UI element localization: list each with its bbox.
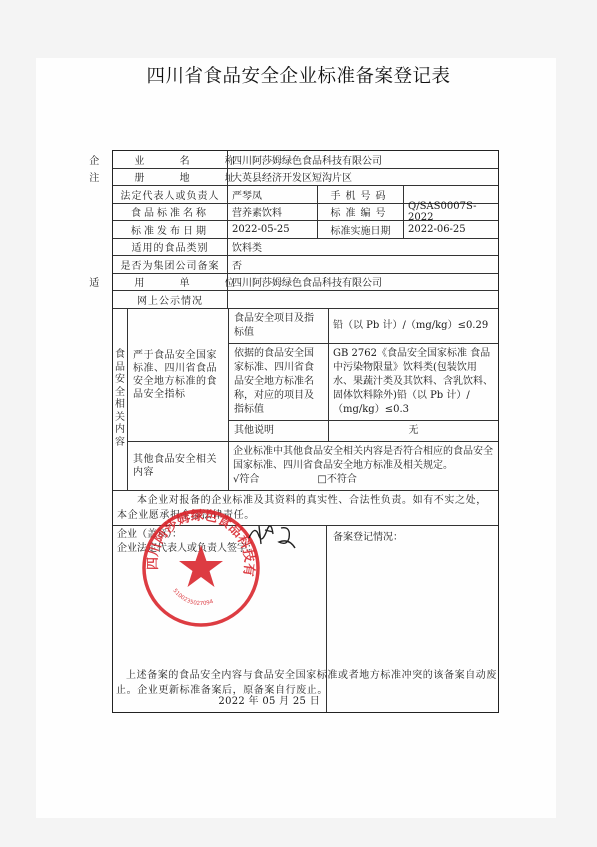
row-food-category: 适用的食品类别 饮料类 [113, 239, 498, 257]
label-address: 注 册 地 址 [113, 169, 227, 186]
row-address: 注 册 地 址 大英县经济开发区短沟片区 [113, 169, 498, 187]
label-safety-item: 食品安全项目及指标值 [229, 309, 329, 343]
label-food-category: 适用的食品类别 [113, 239, 227, 256]
handwritten-signature-icon [245, 520, 305, 550]
vertical-label-char: 容 [115, 437, 125, 450]
label-effective-date: 标准实施日期 [317, 221, 403, 238]
value-standard-name: 营养素饮料 [227, 204, 317, 221]
vertical-label-char: 相 [115, 399, 125, 412]
label-company-name: 企 业 名 称 [113, 151, 227, 168]
label-other-note: 其他说明 [229, 421, 329, 441]
value-other-safety: 企业标准中其他食品安全相关内容是否符合相应的食品安全国家标准、四川省食品安全地方… [233, 445, 494, 473]
value-safety-item: 铅（以 Pb 计）/（mg/kg）≤0.29 [329, 309, 498, 343]
vertical-label-char: 安 [115, 374, 125, 387]
value-applicable-unit: 四川阿莎姆绿色食品科技有限公司 [227, 274, 498, 291]
safety-content-block: 食品安全相关内容 严于食品安全国家标准、四川省食品安全地方标准的食品安全指标 食… [113, 309, 498, 491]
vertical-label-char: 品 [115, 362, 125, 375]
row-standard-name: 食品标准名称 营养素饮料 标准编号 Q/SAS0007S-2022 [113, 204, 498, 222]
row-group-filing: 是否为集团公司备案 否 [113, 256, 498, 274]
other-safety-section: 其他食品安全相关内容 企业标准中其他食品安全相关内容是否符合相应的食品安全国家标… [128, 442, 498, 490]
row-dates: 标准发布日期 2022-05-25 标准实施日期 2022-06-25 [113, 221, 498, 239]
row-online-disclosure: 网上公示情况 [113, 291, 498, 309]
safety-vertical-label: 食品安全相关内容 [113, 309, 128, 490]
value-address: 大英县经济开发区短沟片区 [227, 169, 498, 186]
label-legal-rep: 法定代表人或负责人 [113, 186, 227, 203]
value-company-name: 四川阿莎姆绿色食品科技有限公司 [227, 151, 498, 168]
label-online-disclosure: 网上公示情况 [113, 291, 227, 308]
label-standard-name: 食品标准名称 [113, 204, 227, 221]
vertical-label-char: 内 [115, 424, 125, 437]
label-stricter-indicators: 严于食品安全国家标准、四川省食品安全地方标准的食品安全指标 [128, 309, 228, 441]
label-group-filing: 是否为集团公司备案 [113, 256, 227, 273]
company-seal-icon: 四川阿莎姆绿色食品科技有限公司 5100235027094 [140, 507, 262, 629]
page-title: 四川省食品安全企业标准备案登记表 [0, 62, 597, 88]
value-effective-date: 2022-06-25 [403, 221, 498, 238]
row-basis-standard: 依据的食品安全国家标准、四川省食品安全地方标准名称，对应的项目及指标值 GB 2… [229, 344, 498, 421]
label-applicable-unit: 适 用 单 位 [113, 274, 227, 291]
row-company-name: 企 业 名 称 四川阿莎姆绿色食品科技有限公司 [113, 151, 498, 169]
row-other-note: 其他说明 无 [229, 421, 498, 441]
label-standard-number: 标准编号 [317, 204, 403, 221]
value-basis-standard: GB 2762《食品安全国家标准 食品中污染物限量》饮料类(包装饮用水、果蔬汁类… [329, 344, 498, 420]
value-legal-rep: 严琴凤 [227, 186, 317, 203]
value-online-disclosure [227, 291, 498, 308]
vertical-label-char: 全 [115, 387, 125, 400]
row-safety-item: 食品安全项目及指标值 铅（以 Pb 计）/（mg/kg）≤0.29 [229, 309, 498, 344]
label-publish-date: 标准发布日期 [113, 221, 227, 238]
label-basis-standard: 依据的食品安全国家标准、四川省食品安全地方标准名称，对应的项目及指标值 [229, 344, 329, 420]
value-group-filing: 否 [227, 256, 498, 273]
label-phone: 手机号码 [317, 186, 403, 203]
footer-note: 上述备案的食品安全内容与食品安全国家标准或者地方标准冲突的该备案自动废止。企业更… [116, 668, 501, 698]
value-standard-number: Q/SAS0007S-2022 [403, 204, 498, 221]
row-applicable-unit: 适 用 单 位 四川阿莎姆绿色食品科技有限公司 [113, 274, 498, 292]
svg-text:5100235027094: 5100235027094 [171, 588, 214, 607]
filing-label: 备案登记情况： [333, 528, 492, 543]
label-other-safety: 其他食品安全相关内容 [128, 442, 228, 490]
value-publish-date: 2022-05-25 [227, 221, 317, 238]
vertical-label-char: 食 [115, 349, 125, 362]
comply-checkbox[interactable]: √符合 [233, 473, 259, 487]
stricter-indicators-section: 严于食品安全国家标准、四川省食品安全地方标准的食品安全指标 食品安全项目及指标值… [128, 309, 498, 442]
not-comply-checkbox[interactable]: □不符合 [317, 473, 356, 487]
value-food-category: 饮料类 [227, 239, 498, 256]
vertical-label-char: 关 [115, 412, 125, 425]
value-other-note: 无 [329, 421, 498, 441]
